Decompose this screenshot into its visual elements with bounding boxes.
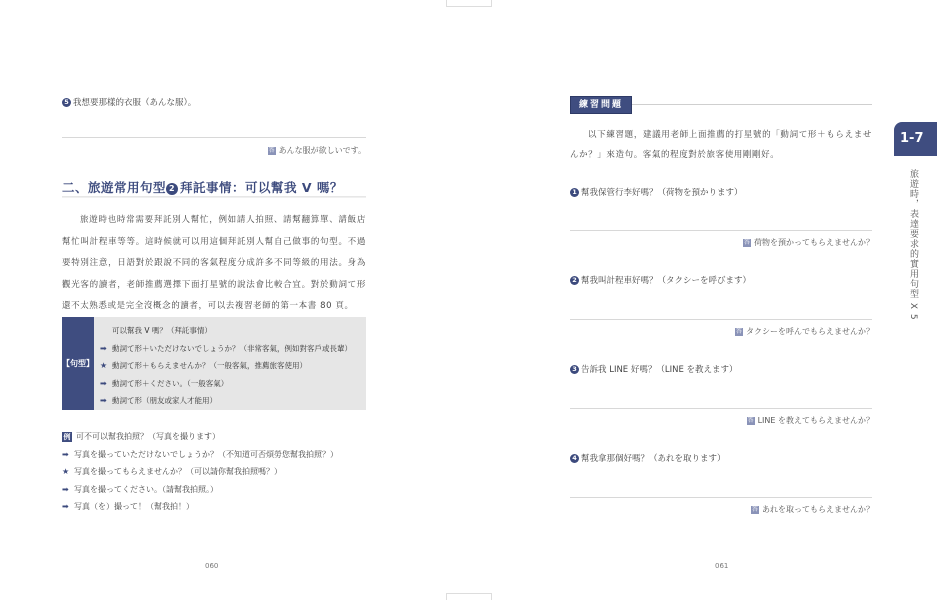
exercise-question: 2幫我叫計程車好嗎？（タクシーを呼びます） [570, 274, 751, 286]
exercise-number-badge: 1 [570, 188, 579, 197]
answer-icon: 答 [735, 328, 743, 336]
exercise-number-badge: 2 [570, 276, 579, 285]
answer-line [570, 497, 872, 498]
arrow-icon: ➡ [100, 392, 112, 410]
intro-paragraph: 旅遊時也時常需要拜託別人幫忙，例如請人拍照、請幫翻算單、請飯店幫忙叫計程車等等。… [62, 210, 366, 318]
answer-icon: 答 [751, 506, 759, 514]
pattern-line: 可以幫我 V 嗎？（拜託事情） [100, 322, 352, 340]
book-spine-top-mark [446, 0, 492, 7]
pattern-line: ➡動詞て形（朋友或家人才能用） [100, 392, 352, 410]
answer-line [570, 319, 872, 320]
arrow-icon: ➡ [62, 446, 74, 464]
exercise-question: 3告訴我 LINE 好嗎？（LINE を教えます） [570, 363, 738, 375]
book-spine-bottom-mark [446, 593, 492, 600]
pattern-line: ➡動詞て形＋ください。（一般客氣） [100, 375, 352, 393]
section-heading-underline [62, 196, 366, 198]
pattern-line: ➡動詞て形＋いただけないでしょうか？（非常客氣，例如對客戶或長輩） [100, 340, 352, 358]
answer-icon: 答 [743, 239, 751, 247]
section-number-badge: 2 [166, 183, 178, 195]
pattern-line: ★動詞て形＋もらえませんか？（一般客氣，推薦旅客使用） [100, 357, 352, 375]
section-heading: 二、旅遊常用句型2拜託事情：可以幫我 V 嗎？ [62, 178, 343, 196]
sentence-pattern-box: 【句型】 可以幫我 V 嗎？（拜託事情） ➡動詞て形＋いただけないでしょうか？（… [62, 317, 366, 410]
prev-exercise-answer: 答あんな服が欲しいです。 [268, 145, 366, 156]
answer-line [570, 230, 872, 231]
pattern-lines: 可以幫我 V 嗎？（拜託事情） ➡動詞て形＋いただけないでしょうか？（非常客氣，… [100, 322, 352, 410]
exercise-number-badge: 4 [570, 454, 579, 463]
chapter-title-vertical: 旅遊時，表達要求的實用句型 X 5 [904, 160, 918, 330]
exercise-answer: 答あれを取ってもらえませんか？ [751, 504, 874, 515]
answer-line [62, 137, 366, 138]
arrow-icon: ➡ [100, 340, 112, 358]
practice-heading-badge: 練習問題 [570, 96, 632, 114]
example-line: ★写真を撮ってもらえませんか？（可以請你幫我拍照嗎？） [62, 463, 338, 481]
example-line: 例可不可以幫我拍照？（写真を撮ります） [62, 428, 338, 446]
answer-icon: 答 [747, 417, 755, 425]
exercise-question: 1幫我保管行李好嗎？（荷物を預かります） [570, 186, 743, 198]
exercise-question: 4幫我拿那個好嗎？（あれを取ります） [570, 452, 726, 464]
example-line: ➡写真（を）撮って！（幫我拍！） [62, 498, 338, 516]
exercise-answer: 答LINE を教えてもらえませんか？ [747, 415, 874, 426]
arrow-icon: ➡ [62, 481, 74, 499]
chapter-tab: 1-7 [894, 122, 937, 156]
arrow-icon: ➡ [100, 375, 112, 393]
practice-intro: 以下練習題，建議用老師上面推薦的打星號的「動詞て形＋もらえませんか？」來造句。客… [570, 125, 872, 165]
exercise-answer: 答タクシーを呼んでもらえませんか？ [735, 326, 874, 337]
answer-line [570, 408, 872, 409]
star-icon: ★ [62, 463, 74, 481]
star-icon: ★ [100, 357, 112, 375]
page-number-right: 061 [715, 562, 728, 570]
prev-exercise-question: 5我想要那樣的衣服（あんな服）。 [62, 96, 196, 108]
exercise-answer: 答荷物を預かってもらえませんか？ [743, 237, 874, 248]
practice-heading-rule [632, 104, 872, 105]
pattern-label: 【句型】 [62, 317, 94, 410]
example-line: ➡写真を撮ってください。（請幫我拍照。） [62, 481, 338, 499]
exercise-number-badge: 3 [570, 365, 579, 374]
answer-icon: 答 [268, 147, 276, 155]
example-block: 例可不可以幫我拍照？（写真を撮ります） ➡写真を撮っていただけないでしょうか？（… [62, 428, 338, 516]
example-icon: 例 [62, 432, 72, 442]
page-number-left: 060 [205, 562, 218, 570]
arrow-icon: ➡ [62, 498, 74, 516]
example-line: ➡写真を撮っていただけないでしょうか？（不知道可否煩勞您幫我拍照？） [62, 446, 338, 464]
exercise-number-badge: 5 [62, 98, 71, 107]
